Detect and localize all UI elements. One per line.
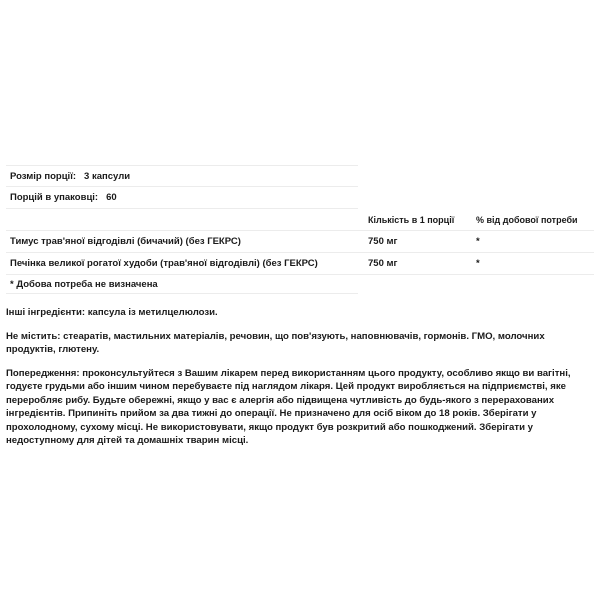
- supplement-facts: Розмір порції:3 капсули Порцій в упаковц…: [6, 165, 594, 448]
- table-header-row: Кількість в 1 порції % від добової потре…: [6, 209, 594, 231]
- header-name: [6, 209, 364, 231]
- servings-per-container-row: Порцій в упаковці:60: [6, 186, 358, 209]
- header-daily-value: % від добової потреби: [472, 209, 594, 231]
- table-row: Печінка великої рогатої худоби (трав'яно…: [6, 253, 594, 275]
- nutrition-table: Кількість в 1 порції % від добової потре…: [6, 209, 594, 275]
- ingredient-name: Печінка великої рогатої худоби (трав'яно…: [6, 253, 364, 275]
- ingredient-daily-value: *: [472, 253, 594, 275]
- warning-text: Попередження: проконсультуйтеся з Вашим …: [6, 367, 591, 448]
- servings-per-container-value: 60: [106, 192, 117, 203]
- ingredient-name: Тимус трав'яної відгодівлі (бичачий) (бе…: [6, 231, 364, 253]
- serving-size-value: 3 капсули: [84, 171, 130, 182]
- other-ingredients: Інші інгредієнти: капсула із метилцелюло…: [6, 306, 591, 320]
- servings-per-container-label: Порцій в упаковці:: [10, 192, 98, 203]
- serving-size-row: Розмір порції:3 капсули: [6, 165, 358, 186]
- ingredient-daily-value: *: [472, 231, 594, 253]
- ingredient-amount: 750 мг: [364, 253, 472, 275]
- daily-value-footnote: * Добова потреба не визначена: [6, 275, 358, 294]
- serving-size-label: Розмір порції:: [10, 171, 76, 182]
- header-amount: Кількість в 1 порції: [364, 209, 472, 231]
- table-row: Тимус трав'яної відгодівлі (бичачий) (бе…: [6, 231, 594, 253]
- ingredient-amount: 750 мг: [364, 231, 472, 253]
- does-not-contain: Не містить: стеаратів, мастильних матері…: [6, 330, 591, 357]
